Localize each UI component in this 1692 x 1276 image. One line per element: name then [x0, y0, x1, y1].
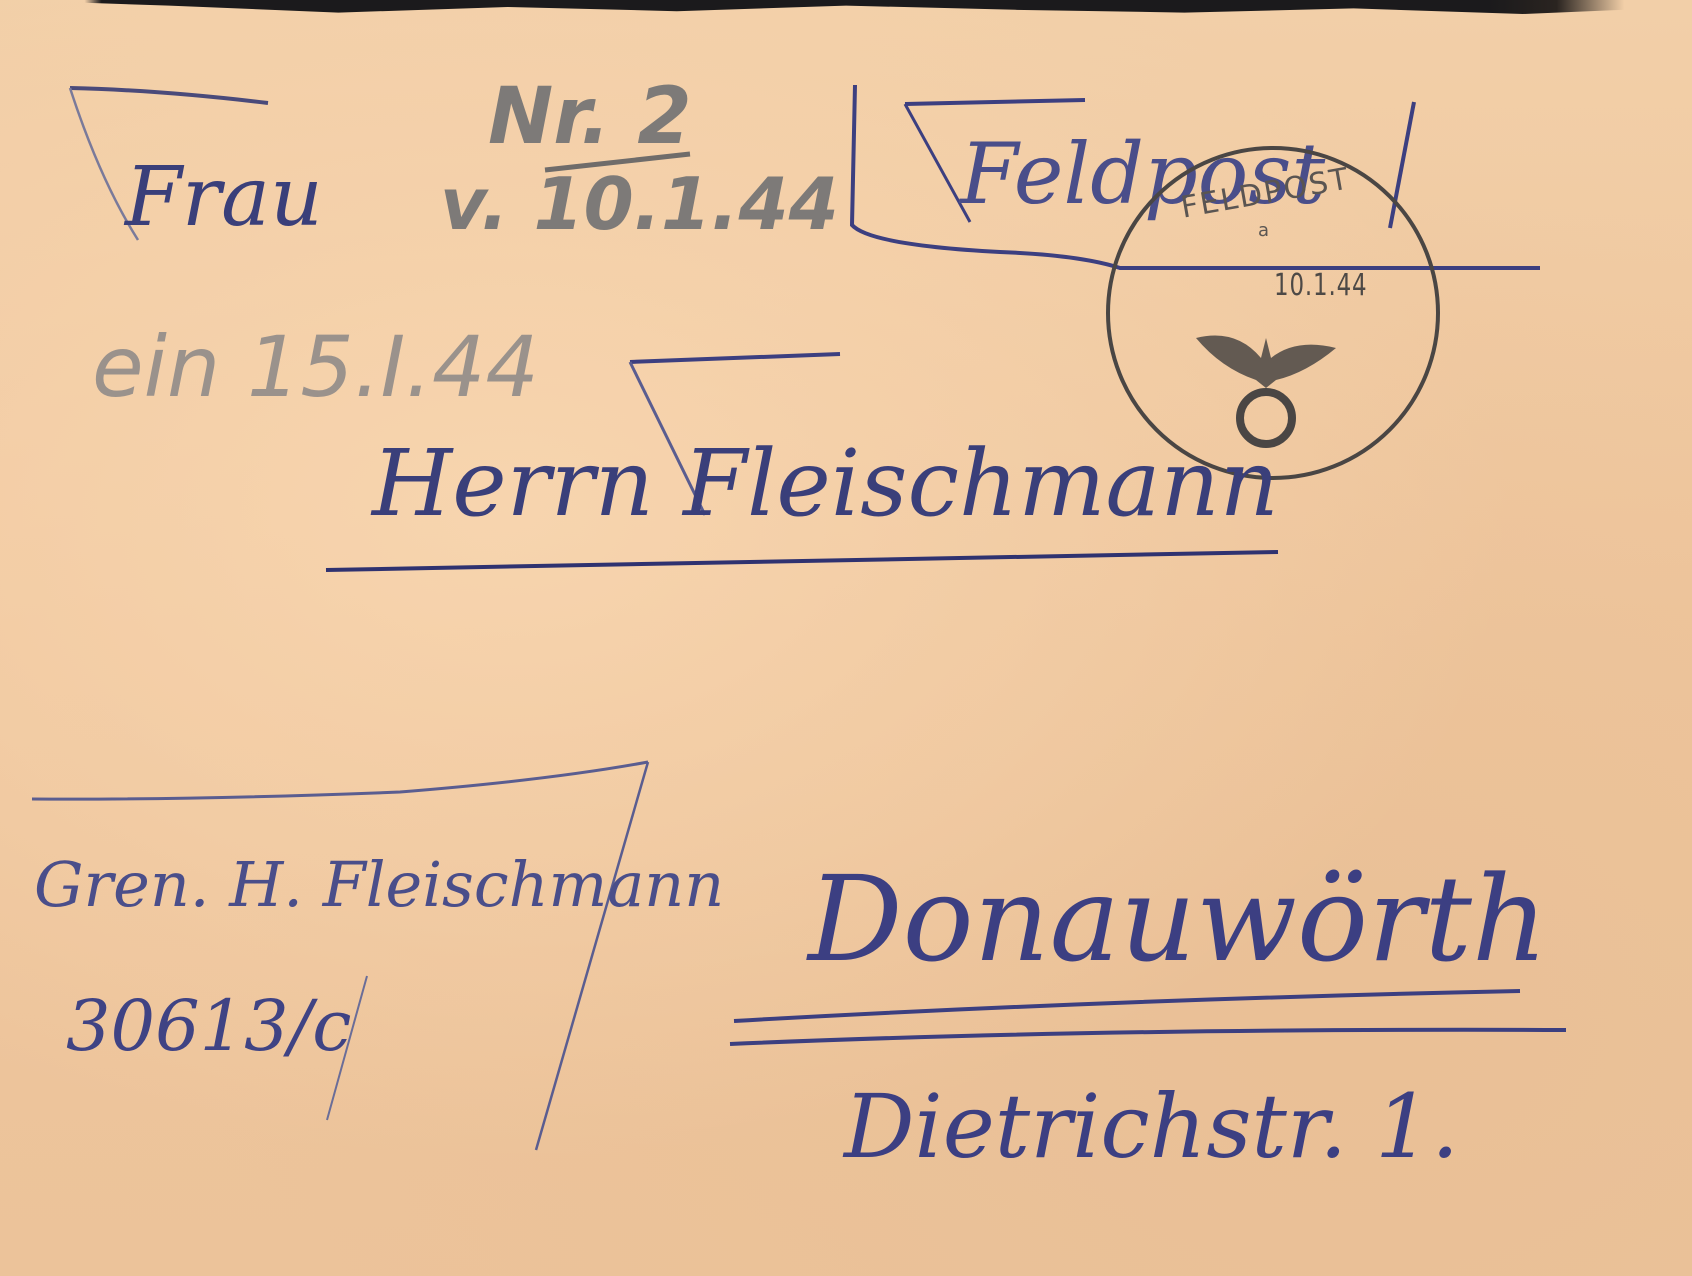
recipient-city: Donauwörth — [808, 850, 1548, 988]
recipient-street: Dietrichstr. 1. — [844, 1075, 1459, 1178]
sender-bracket-top — [32, 762, 648, 799]
city-underline-1 — [734, 991, 1520, 1021]
received-date-note: ein 15.I.44 — [92, 318, 539, 416]
name-accent-top — [630, 354, 840, 362]
envelope: Frau Nr. 2 v. 10.1.44 ein 15.I.44 Feldpo… — [0, 0, 1692, 1276]
recipient-name: Herrn Fleischmann — [372, 430, 1279, 537]
sent-date-note: v. 10.1.44 — [440, 162, 839, 246]
letter-number: Nr. 2 — [488, 72, 692, 162]
postmark-arc-text: FELDPOST — [1178, 161, 1353, 225]
frau-bracket-top — [70, 88, 268, 103]
torn-top-edge — [0, 0, 1692, 14]
name-underline — [326, 552, 1278, 570]
postmark-date: 10.1.44 — [1274, 268, 1367, 303]
sender-bracket-side — [536, 762, 648, 1150]
feldpost-top-stroke — [905, 100, 1085, 104]
salutation: Frau — [125, 150, 323, 245]
postmark-sub-mark: a — [1258, 220, 1269, 241]
city-underline-2 — [730, 1030, 1566, 1044]
sender-field-post-number: 30613/c — [66, 985, 351, 1067]
sender-name: Gren. H. Fleischmann — [34, 848, 724, 921]
eagle-emblem-icon — [1186, 318, 1346, 448]
